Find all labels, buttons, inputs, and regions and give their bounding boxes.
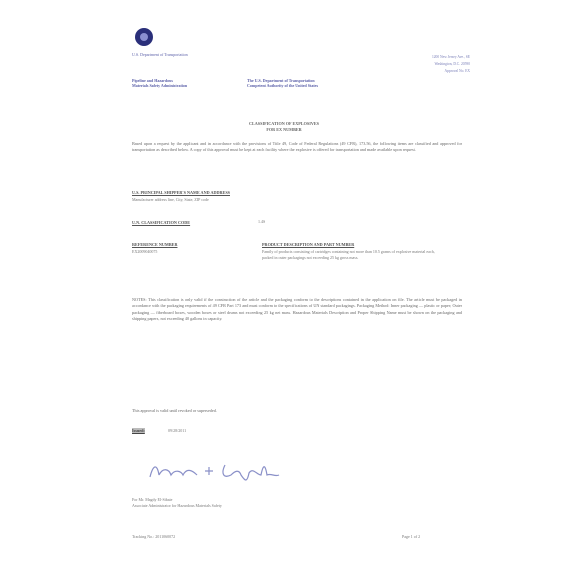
signature-image [145,455,295,485]
signatory-title: Associate Administrator for Hazardous Ma… [132,503,222,509]
agency-name: Pipeline and Hazardous Materials Safety … [132,78,242,88]
department-name: U.S. Department of Transportation [132,52,192,57]
document-subtitle: FOR EX NUMBER [0,127,568,132]
document-title: CLASSIFICATION OF EXPLOSIVES [0,121,568,126]
notes-paragraph: NOTES: This classification is only valid… [132,297,462,323]
header-address: 1200 New Jersey Ave., SE Washington, D.C… [388,54,470,75]
classification-value: 1.4S [258,219,265,225]
tracking-number: Tracking No.: 2011060072 [132,534,175,539]
validity-statement: This approval is valid until revoked or … [132,408,462,414]
competent-authority: The U.S. Department of Transportation Co… [247,78,357,88]
dot-seal-icon [135,28,153,46]
applicant-heading: U.S. PRINCIPAL SHIPPER'S NAME AND ADDRES… [132,190,230,195]
product-heading: PRODUCT DESCRIPTION AND PART NUMBER [262,242,354,247]
product-text: Family of products consisting of cartrid… [262,249,442,261]
issued-label: Issued: [132,428,145,433]
page-number: Page 1 of 2 [402,534,420,539]
reference-heading: REFERENCE NUMBER [132,242,177,247]
classification-heading: U.N. CLASSIFICATION CODE [132,220,190,225]
reference-value: EX2009040075 [132,249,157,255]
issued-date: 09/28/2011 [168,428,186,434]
applicant-text: Manufacturer address line, City, State, … [132,197,209,203]
document-page: U.S. Department of Transportation 1200 N… [0,0,568,568]
intro-paragraph: Based upon a request by the applicant an… [132,141,462,154]
